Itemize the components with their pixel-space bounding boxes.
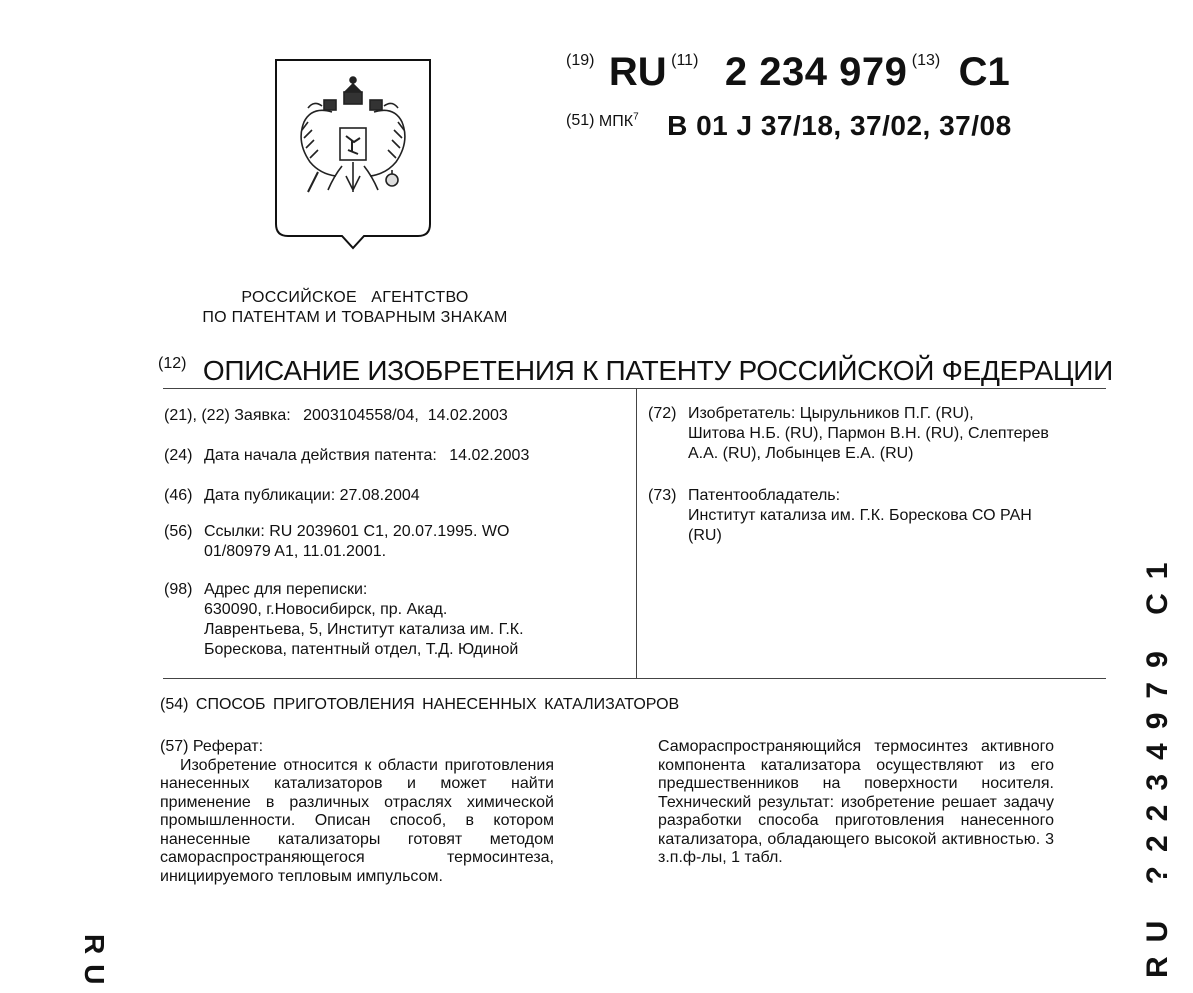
abstract-column-1: (57) Реферат: Изобретение относится к об…	[160, 738, 554, 886]
address-line: Борескова, патентный отдел, Т.Д. Юдиной	[164, 640, 624, 660]
abstract-text-2: Самораспространяющийся термосинтез актив…	[658, 738, 1054, 868]
field-label: Заявка:	[234, 407, 290, 424]
field-label: Ссылки:	[204, 523, 265, 540]
field-value: Цырульников П.Г. (RU),	[800, 405, 974, 422]
field-code: (98)	[164, 580, 204, 600]
field-label: Адрес для переписки:	[204, 581, 367, 598]
margin-vertical-country: RU	[76, 934, 116, 993]
ipc-classification: (51) МПК7 B 01 J 37/18, 37/02, 37/08	[566, 110, 1012, 142]
invention-title-code: (54)	[160, 696, 188, 713]
inventors-line: А.А. (RU), Лобынцев Е.А. (RU)	[648, 444, 1118, 464]
field-code: (24)	[164, 446, 204, 466]
field-label: Дата публикации:	[204, 487, 335, 504]
address-line: 630090, г.Новосибирск, пр. Акад.	[164, 600, 624, 620]
field-inventors: (72)Изобретатель: Цырульников П.Г. (RU),…	[648, 404, 1118, 464]
kind-code-label: (13)	[912, 52, 940, 69]
coat-of-arms-emblem	[272, 56, 434, 250]
number-code-label: (11)	[671, 52, 698, 69]
field-publication-date: (46)Дата публикации: 27.08.2004	[164, 486, 624, 506]
margin-vertical-number: RU ?2234979 C1	[1138, 538, 1178, 978]
agency-line-1: РОССИЙСКОЕ АГЕНТСТВО	[170, 288, 540, 308]
field-value: 14.02.2003	[449, 447, 529, 464]
field-start-date: (24)Дата начала действия патента: 14.02.…	[164, 446, 624, 466]
abstract-text-1: Изобретение относится к области приготов…	[160, 757, 554, 887]
field-owner: (73)Патентообладатель: Институт катализа…	[648, 486, 1118, 546]
publication-identifier: (19) RU (11) 2 234 979 (13) C1	[566, 50, 1010, 95]
field-code: (73)	[648, 486, 688, 506]
field-value: 27.08.2004	[340, 487, 420, 504]
field-code: (56)	[164, 522, 204, 542]
owner-line: (RU)	[648, 526, 1118, 546]
document-title-code: (12)	[158, 355, 186, 372]
field-code: (46)	[164, 486, 204, 506]
owner-line: Институт катализа им. Г.К. Борескова СО …	[648, 506, 1118, 526]
country-code-label: (19)	[566, 52, 594, 69]
coat-of-arms-icon	[272, 56, 434, 250]
field-label: Изобретатель:	[688, 405, 795, 422]
abstract-code: (57)	[160, 738, 188, 755]
abstract-label: Реферат:	[193, 738, 263, 755]
top-divider	[163, 388, 1106, 389]
document-title-text: ОПИСАНИЕ ИЗОБРЕТЕНИЯ К ПАТЕНТУ РОССИЙСКО…	[203, 355, 1113, 386]
agency-line-2: ПО ПАТЕНТАМ И ТОВАРНЫМ ЗНАКАМ	[170, 308, 540, 328]
kind-code: C1	[959, 50, 1010, 94]
field-application: (21), (22) Заявка: 2003104558/04, 14.02.…	[164, 406, 624, 426]
field-value-continued: 01/80979 A1, 11.01.2001.	[164, 542, 624, 562]
address-line: Лаврентьева, 5, Институт катализа им. Г.…	[164, 620, 624, 640]
field-label: Патентообладатель:	[688, 487, 840, 504]
ipc-code-label: (51)	[566, 112, 594, 129]
patent-number: 2 234 979	[725, 50, 907, 94]
column-divider	[636, 388, 637, 678]
document-title: (12) ОПИСАНИЕ ИЗОБРЕТЕНИЯ К ПАТЕНТУ РОСС…	[158, 355, 1113, 387]
invention-title: (54) СПОСОБ ПРИГОТОВЛЕНИЯ НАНЕСЕННЫХ КАТ…	[160, 696, 679, 714]
ipc-label: МПК7	[599, 113, 639, 130]
inventors-line: Шитова Н.Б. (RU), Пармон В.Н. (RU), Слеп…	[648, 424, 1118, 444]
bottom-divider	[163, 678, 1106, 679]
ipc-value: B 01 J 37/18, 37/02, 37/08	[667, 110, 1012, 141]
agency-name: РОССИЙСКОЕ АГЕНТСТВО ПО ПАТЕНТАМ И ТОВАР…	[170, 288, 540, 328]
margin-vertical-number-text: RU ?2234979 C1	[1138, 538, 1178, 978]
margin-vertical-country-text: RU	[76, 934, 112, 993]
country-code: RU	[609, 50, 667, 94]
field-value: RU 2039601 C1, 20.07.1995. WO	[269, 523, 509, 540]
field-code: (72)	[648, 404, 688, 424]
field-code: (21), (22)	[164, 407, 230, 424]
field-references: (56)Ссылки: RU 2039601 C1, 20.07.1995. W…	[164, 522, 624, 562]
field-address: (98)Адрес для переписки: 630090, г.Новос…	[164, 580, 624, 660]
field-value: 2003104558/04, 14.02.2003	[303, 407, 508, 424]
field-label: Дата начала действия патента:	[204, 447, 437, 464]
invention-title-text: СПОСОБ ПРИГОТОВЛЕНИЯ НАНЕСЕННЫХ КАТАЛИЗА…	[196, 696, 679, 713]
